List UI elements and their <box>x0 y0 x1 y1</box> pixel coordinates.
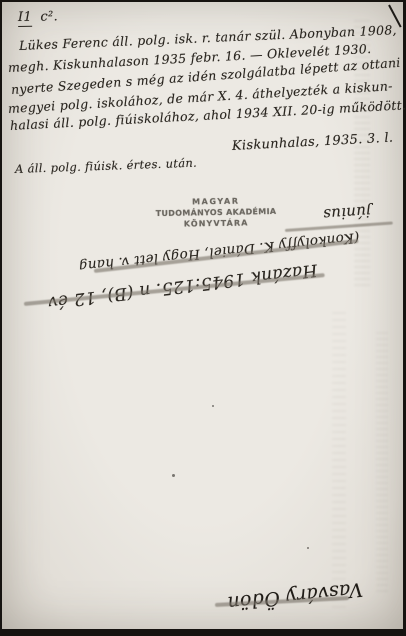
bleed-through-mark <box>332 312 346 612</box>
signature: Vasváry Ödön <box>213 577 376 616</box>
classification-code-sub: c². <box>40 9 58 24</box>
scanned-card: I1 c². Lükes Ferenc áll. polg. isk. r. t… <box>0 0 406 636</box>
bleed-through-mark <box>354 20 370 290</box>
bleed-through-mark <box>376 332 388 592</box>
classification-code-main: I1 <box>18 10 32 27</box>
paper-background: I1 c². Lükes Ferenc áll. polg. isk. r. t… <box>2 2 403 629</box>
library-stamp: MAGYAR TUDOMÁNYOS AKADÉMIA KÖNYVTÁRA <box>152 195 281 230</box>
stamp-line-3: KÖNYVTÁRA <box>152 217 280 230</box>
source-line: A áll. polg. fiúisk. értes. után. <box>15 156 197 176</box>
ink-speck <box>212 405 214 407</box>
classification-code: I1 c². <box>18 9 58 25</box>
ink-speck <box>307 547 309 549</box>
ink-speck <box>172 474 175 477</box>
